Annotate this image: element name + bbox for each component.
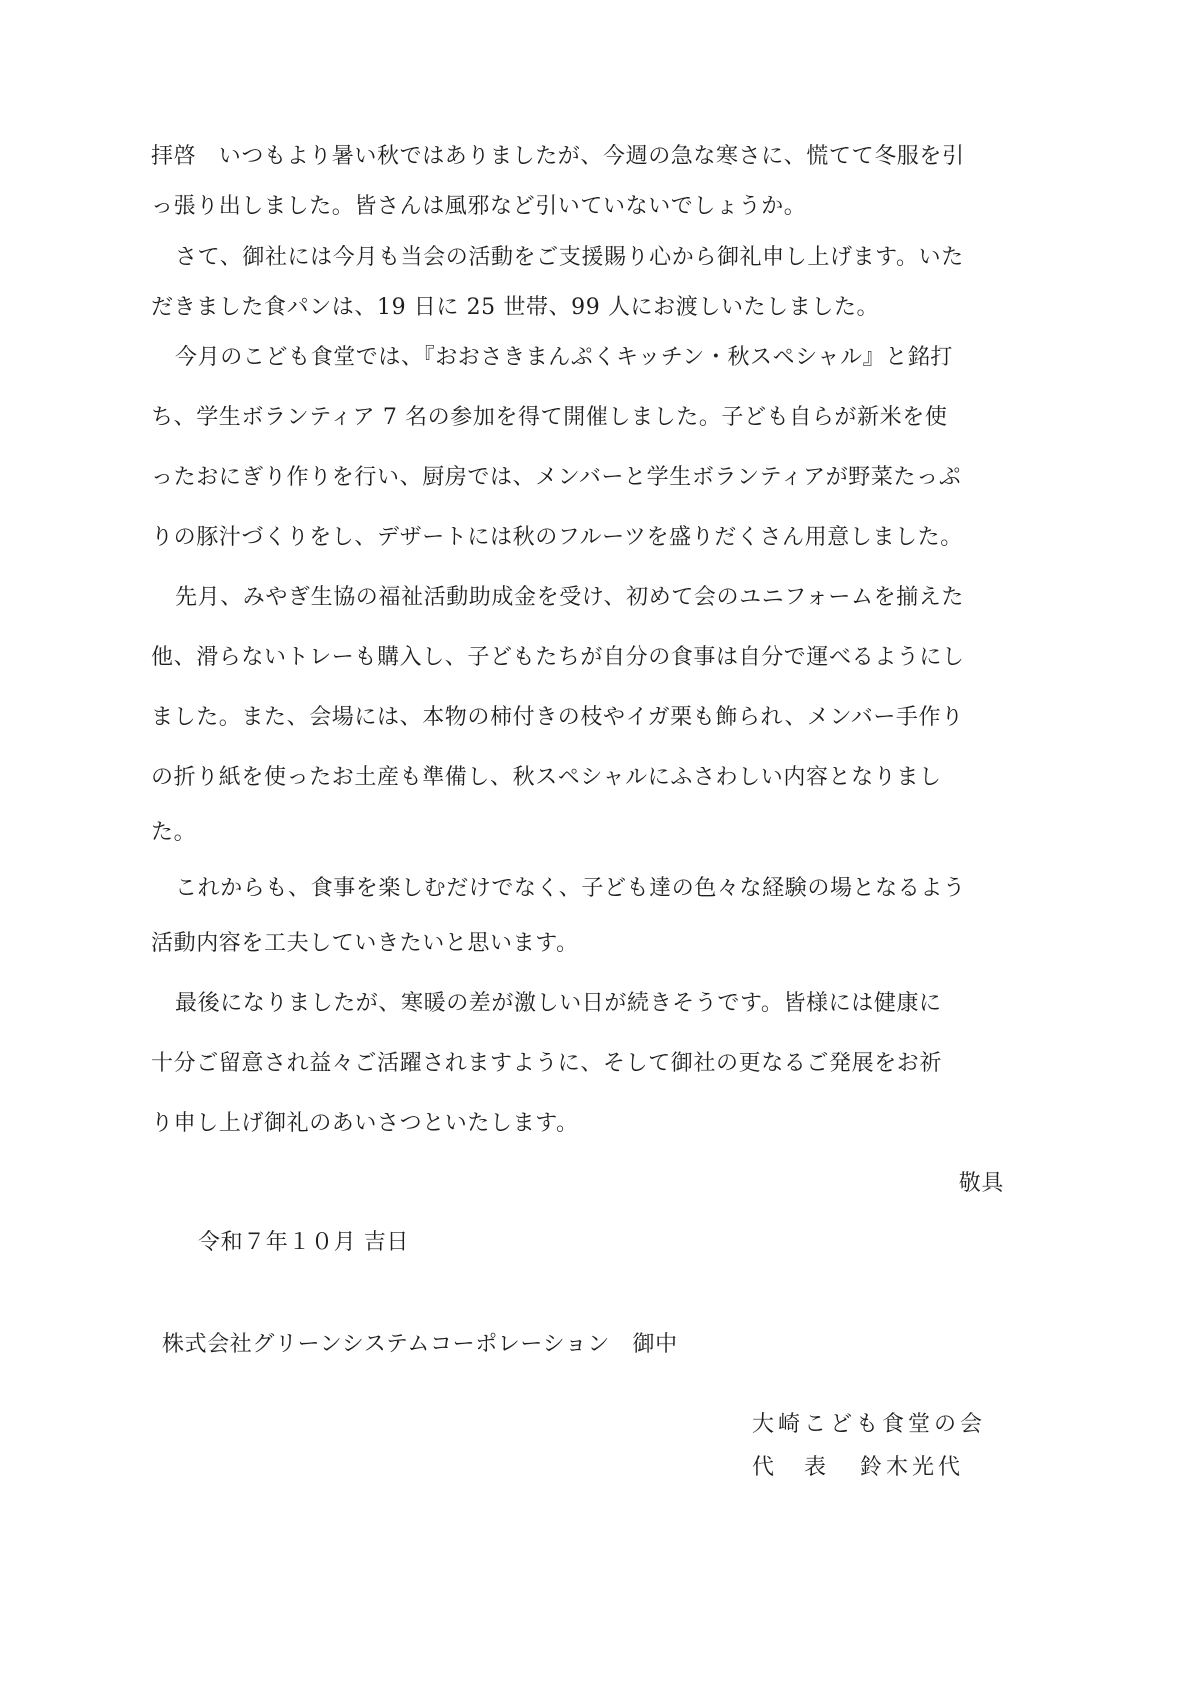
body-line: っ張り出しました。皆さんは風邪など引いていないでしょうか。 [151, 192, 806, 222]
body-line: ました。また、会場には、本物の柿付きの枝やイガ栗も飾られ、メンバー手作り [151, 703, 964, 733]
body-line: 他、滑らないトレーも購入し、子どもたちが自分の食事は自分で運べるようにし [151, 643, 965, 673]
body-line: り申し上げ御礼のあいさつといたします。 [151, 1109, 579, 1139]
body-line: ち、学生ボランティア 7 名の参加を得て開催しました。子ども自らが新米を使 [151, 403, 947, 433]
closing-text: 敬具 [959, 1169, 1004, 1199]
sender-organization: 大崎こども食堂の会 [752, 1410, 986, 1440]
sender-title: 代 表 [752, 1455, 830, 1480]
body-line: た。 [151, 818, 196, 848]
body-line: 拝啓 いつもより暑い秋ではありましたが、今週の急な寒さに、慌てて冬服を引 [151, 142, 965, 172]
sender-name: 鈴木光代 [860, 1455, 964, 1480]
sender-signature: 代 表鈴木光代 [752, 1453, 964, 1483]
body-line: りの豚汁づくりをし、デザートには秋のフルーツを盛りだくさん用意しました。 [151, 523, 963, 553]
body-line: 先月、みやぎ生協の福祉活動助成金を受け、初めて会のユニフォームを揃えた [175, 583, 964, 613]
body-line: 十分ご留意され益々ご活躍されますように、そして御社の更なるご発展をお祈 [151, 1049, 942, 1079]
body-line: 最後になりましたが、寒暖の差が激しい日が続きそうです。皆様には健康に [175, 989, 942, 1019]
letter-date: 令和７年１０月 吉日 [198, 1228, 409, 1258]
body-line: さて、御社には今月も当会の活動をご支援賜り心から御礼申し上げます。いた [175, 243, 964, 273]
body-line: 活動内容を工夫していきたいと思います。 [151, 929, 579, 959]
body-line: これからも、食事を楽しむだけでなく、子ども達の色々な経験の場となるよう [175, 874, 966, 904]
body-line: だきました食パンは、19 日に 25 世帯、99 人にお渡しいたしました。 [151, 293, 879, 323]
body-line: 今月のこども食堂では、『おおさきまんぷくキッチン・秋スペシャル』と銘打 [175, 343, 953, 373]
body-line: の折り紙を使ったお土産も準備し、秋スペシャルにふさわしい内容となりまし [151, 763, 942, 793]
body-line: ったおにぎり作りを行い、厨房では、メンバーと学生ボランティアが野菜たっぷ [151, 463, 961, 493]
addressee: 株式会社グリーンシステムコーポレーション 御中 [162, 1330, 678, 1360]
